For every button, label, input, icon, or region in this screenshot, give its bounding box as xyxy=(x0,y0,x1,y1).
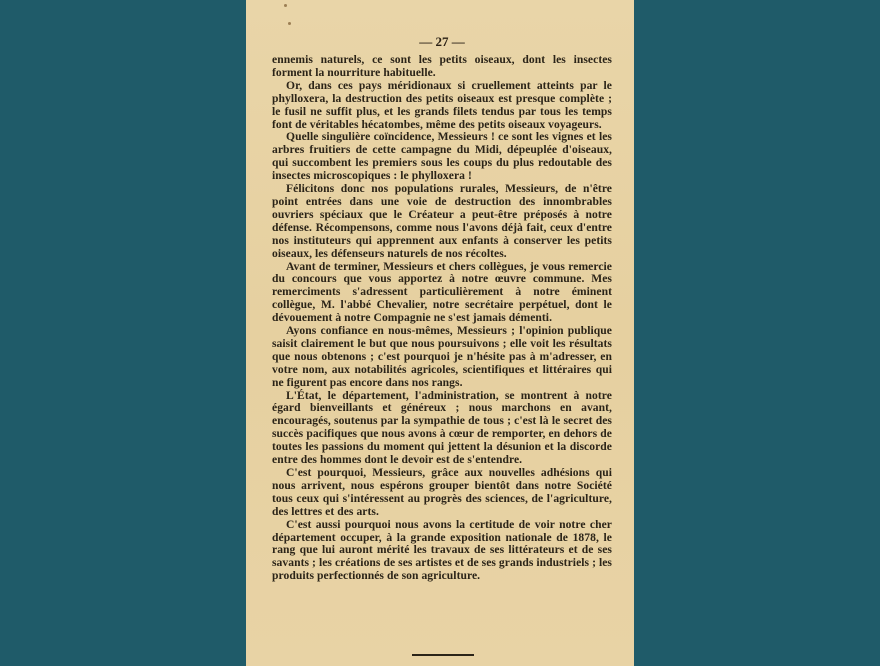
paragraph: Ayons confiance en nous-mêmes, Messieurs… xyxy=(272,325,612,390)
paragraph: Félicitons donc nos populations rurales,… xyxy=(272,183,612,260)
paragraph: C'est aussi pourquoi nous avons la certi… xyxy=(272,519,612,584)
body-text: ennemis naturels, ce sont les petits ois… xyxy=(272,54,612,583)
paper-speck xyxy=(288,22,291,25)
paragraph: C'est pourquoi, Messieurs, grâce aux nou… xyxy=(272,467,612,519)
paragraph: Quelle singulière coïncidence, Messieurs… xyxy=(272,131,612,183)
end-rule-divider xyxy=(412,654,474,656)
document-page: — 27 — ennemis naturels, ce sont les pet… xyxy=(246,0,634,666)
page-number: — 27 — xyxy=(272,34,612,50)
paragraph: Avant de terminer, Messieurs et chers co… xyxy=(272,261,612,326)
paper-speck xyxy=(284,4,287,7)
paragraph: ennemis naturels, ce sont les petits ois… xyxy=(272,54,612,80)
paragraph: L'État, le département, l'administration… xyxy=(272,390,612,467)
paragraph: Or, dans ces pays méridionaux si cruelle… xyxy=(272,80,612,132)
